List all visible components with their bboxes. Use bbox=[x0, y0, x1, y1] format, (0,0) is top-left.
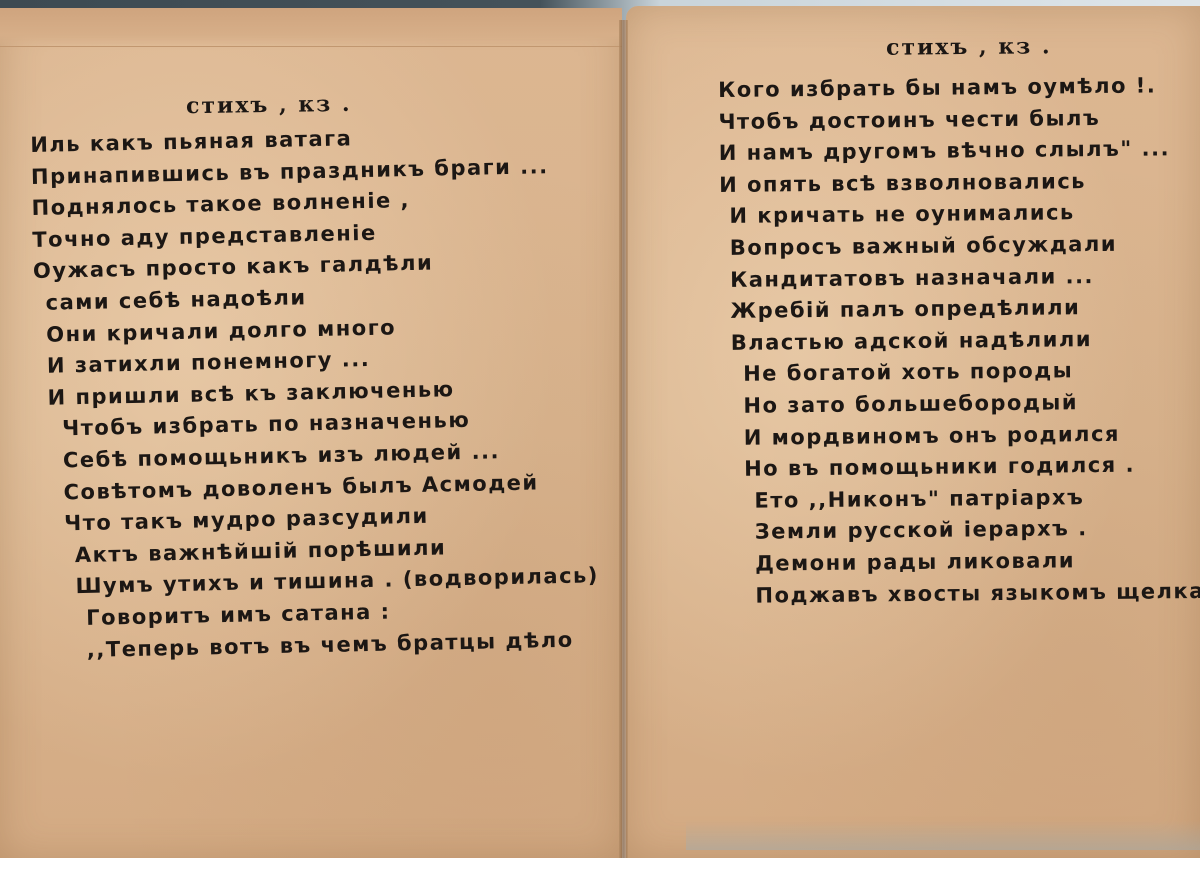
verse-line: Но зато большебородый bbox=[721, 386, 1200, 423]
right-page-verse: Кого избрать бы намъ оумѣло !. Чтобъ дос… bbox=[718, 70, 1200, 612]
verse-line: И мордвиномъ онъ родился bbox=[722, 417, 1200, 454]
verse-line: Жребій палъ опредѣлили bbox=[720, 291, 1200, 328]
verse-line: Не богатой хоть породы bbox=[721, 354, 1200, 391]
left-page-verse: Иль какъ пьяная ватага Принапившись въ п… bbox=[30, 118, 601, 667]
verse-line: Демони рады ликовали bbox=[723, 543, 1200, 580]
book-gutter bbox=[619, 20, 628, 860]
verse-line: Поджавъ хвосты языкомъ щелкали bbox=[723, 575, 1200, 612]
verse-line: Кандитатовъ назначали ... bbox=[720, 259, 1200, 296]
right-page-heading: стихъ , кз . bbox=[886, 33, 1052, 60]
verse-line: Властью адской надѣлили bbox=[721, 322, 1200, 359]
verse-line: Вопросъ важный обсуждали bbox=[720, 228, 1200, 265]
verse-line: Кого избрать бы намъ оумѣло !. bbox=[718, 70, 1200, 107]
scan-background-bottom bbox=[0, 858, 1200, 873]
verse-line: Чтобъ достоинъ чести былъ bbox=[718, 101, 1200, 138]
verse-line: Земли русской іерархъ . bbox=[723, 512, 1200, 549]
verse-line: И кричать не оунимались bbox=[719, 196, 1200, 233]
verse-line: Ето ,,Никонъ" патріархъ bbox=[722, 480, 1200, 517]
verse-line: Но въ помощьники годился . bbox=[722, 449, 1200, 486]
verse-line: И намъ другомъ вѣчно слылъ" ... bbox=[719, 133, 1200, 170]
left-page-heading: стихъ , кз . bbox=[186, 91, 352, 119]
verse-line: И опять всѣ взволновались bbox=[719, 164, 1200, 201]
